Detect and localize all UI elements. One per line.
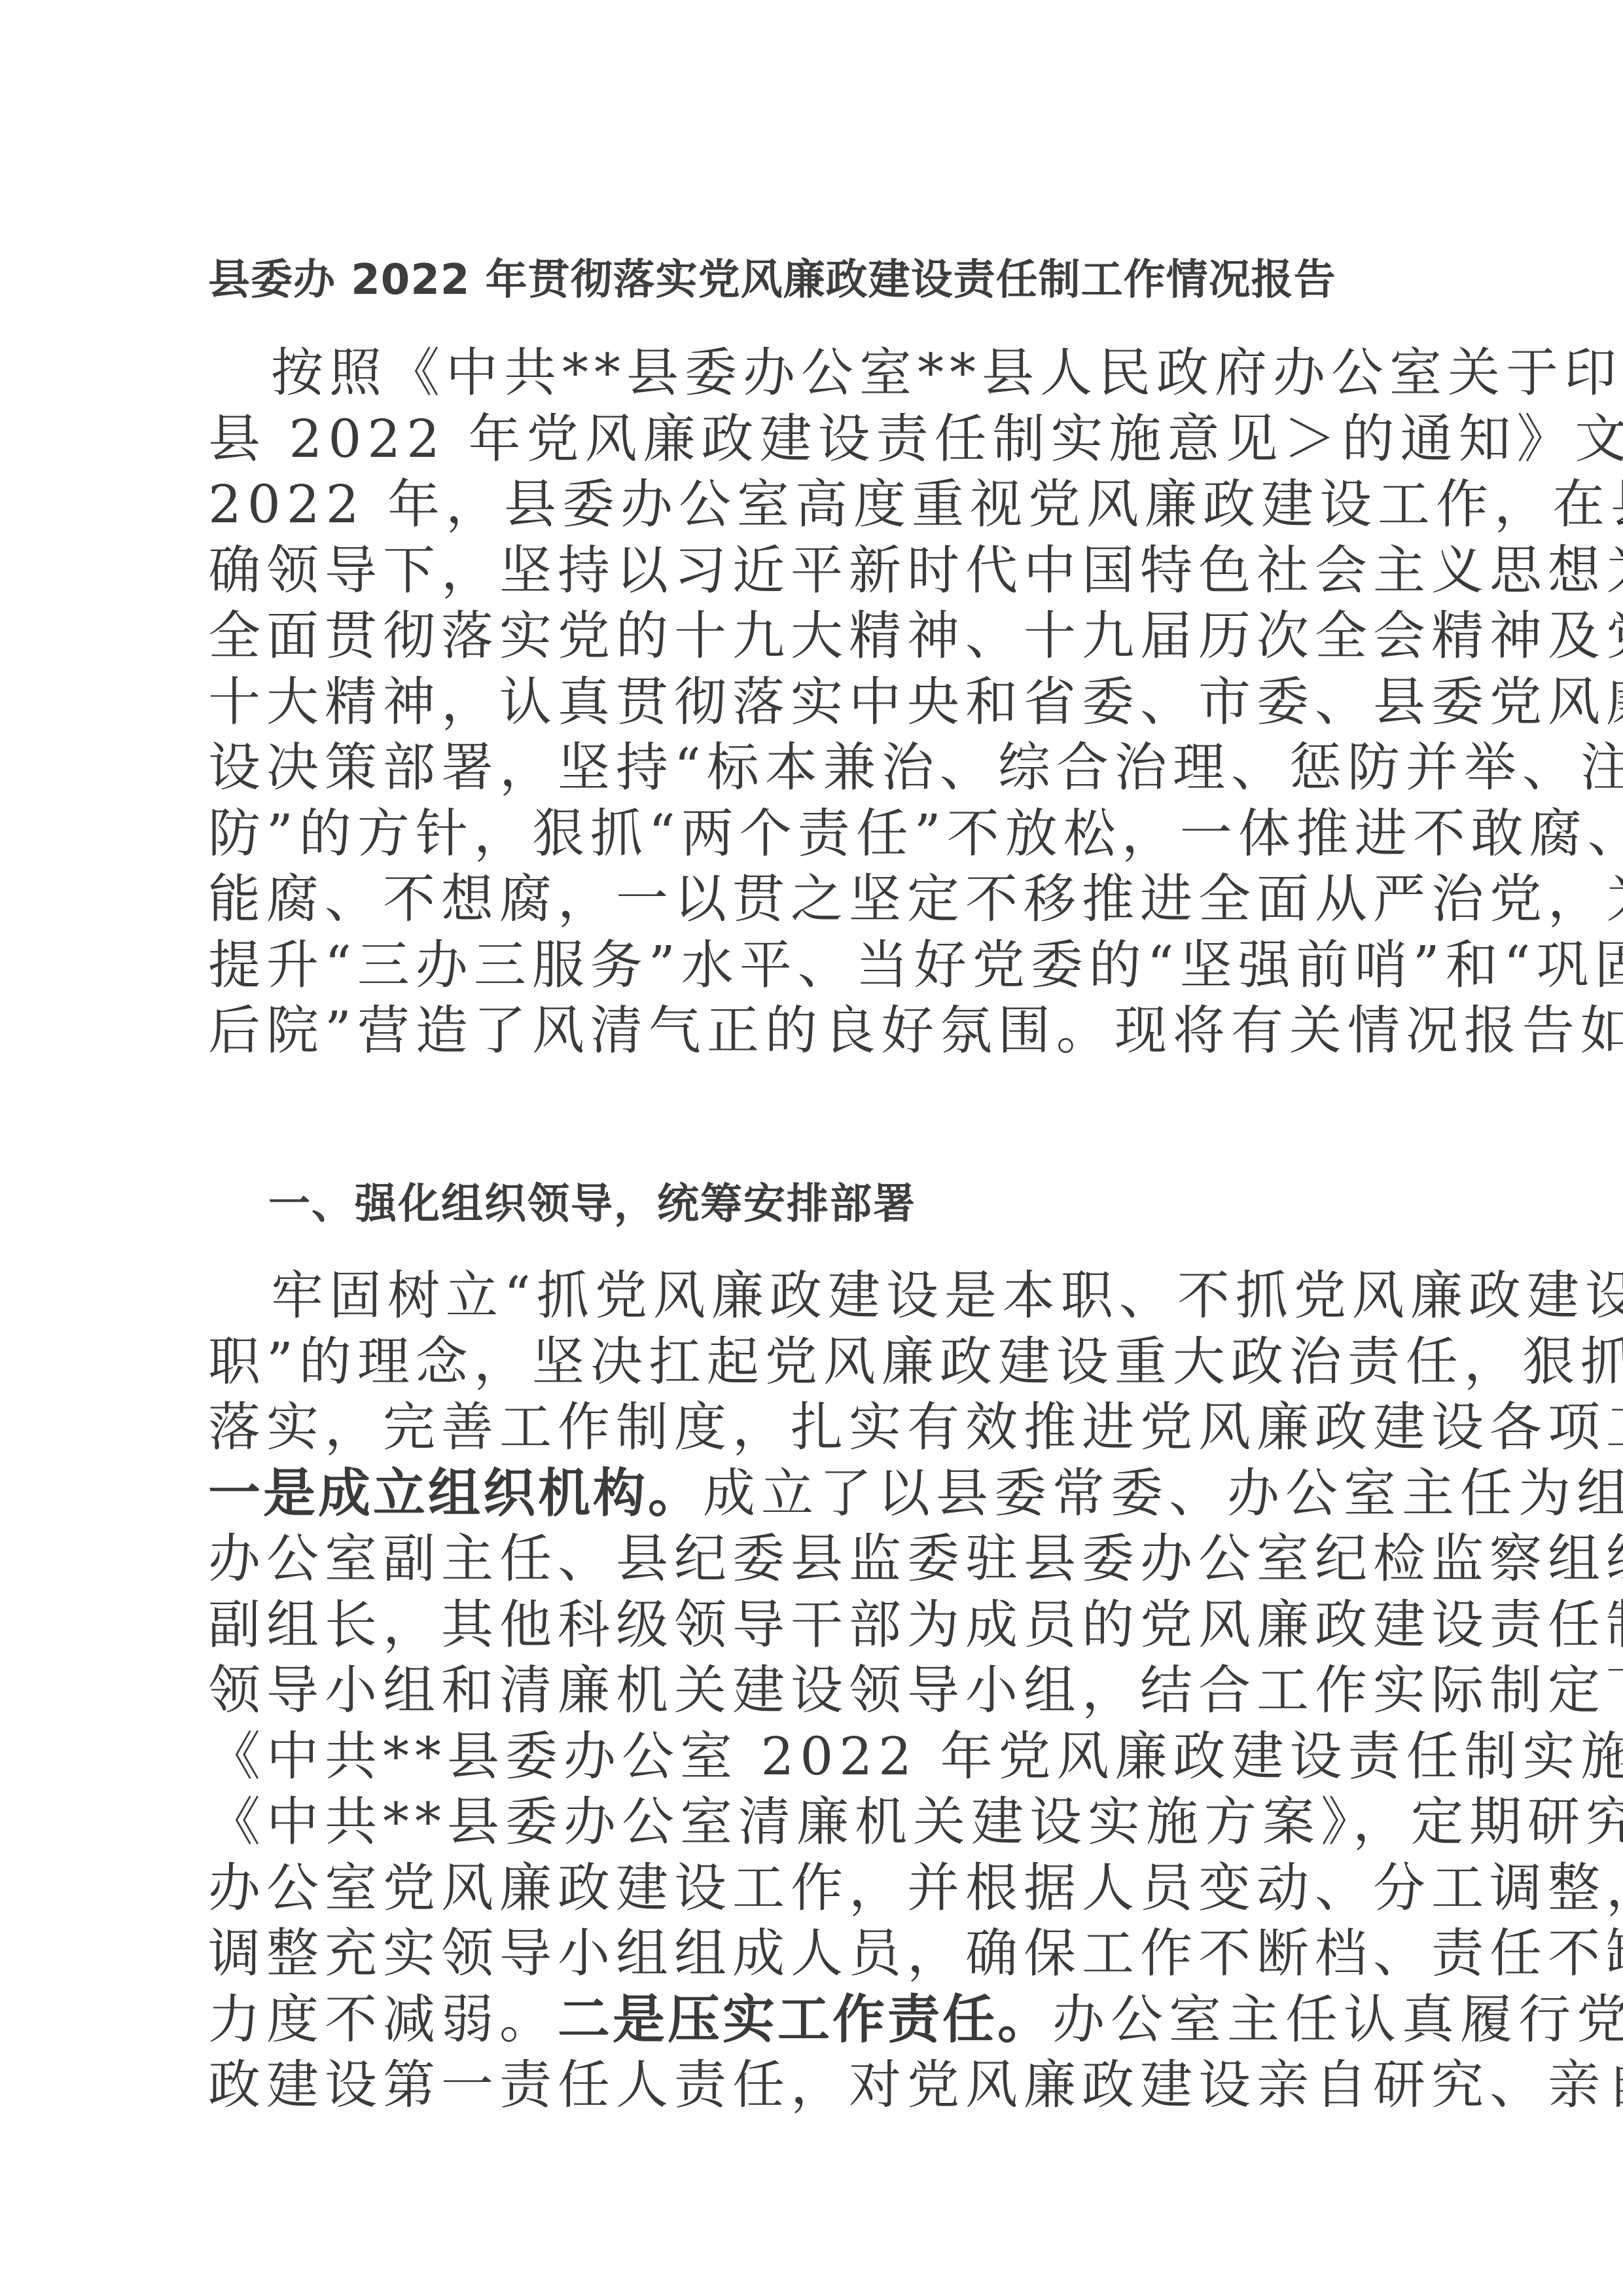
text-segment: 成立了以县委常委、办公室主任为组长，	[703, 1463, 1623, 1524]
paragraph-line: 领导小组和清廉机关建设领导小组，结合工作实际制定下发了	[208, 1658, 1427, 1724]
text-segment: 副组长，其他科级领导干部为成员的党风廉政建设责任制工作	[208, 1594, 1623, 1655]
paragraph-line: 设决策部署，坚持“标本兼治、综合治理、惩防并举、注重预	[208, 735, 1427, 801]
paragraph-line: 调整充实领导小组组成人员，确保工作不断档、责任不缺位、	[208, 1921, 1427, 1987]
paragraph-line: 办公室副主任、县纪委县监委驻县委办公室纪检监察组组长为	[208, 1526, 1427, 1592]
paragraph-line: 《中共**县委办公室 2022 年党风廉政建设责任制实施方案》和	[208, 1724, 1427, 1790]
paragraph-line: 全面贯彻落实党的十九大精神、十九届历次全会精神及党的二	[208, 603, 1427, 670]
text-segment: 《中共**县委办公室清廉机关建设实施方案》，定期研究部署	[208, 1791, 1623, 1852]
paragraph-line: 能腐、不想腐，一以贯之坚定不移推进全面从严治党，为不断	[208, 867, 1427, 933]
section-heading: 一、强化组织领导，统筹安排部署	[268, 1172, 916, 1237]
paragraph-line: 办公室党风廉政建设工作，并根据人员变动、分工调整，及时	[208, 1856, 1427, 1922]
text-segment: 职”的理念，坚决扛起党风廉政建设重大政治责任，狠抓责任	[208, 1331, 1623, 1392]
paragraph-line: 后院”营造了风清气正的良好氛围。现将有关情况报告如下：	[208, 998, 1427, 1064]
paragraph-line: 政建设第一责任人责任，对党风廉政建设亲自研究、亲自部署、	[208, 2053, 1427, 2119]
text-segment: 政建设第一责任人责任，对党风廉政建设亲自研究、亲自部署、	[208, 2054, 1623, 2115]
text-segment: 调整充实领导小组组成人员，确保工作不断档、责任不缺位、	[208, 1923, 1623, 1984]
text-segment: 领导小组和清廉机关建设领导小组，结合工作实际制定下发了	[208, 1660, 1623, 1721]
paragraph-line: 一是成立组织机构。成立了以县委常委、办公室主任为组长，	[208, 1461, 1427, 1527]
paragraph-line: 提升“三办三服务”水平、当好党委的“坚强前哨”和“巩固	[208, 933, 1427, 999]
text-segment: 落实，完善工作制度，扎实有效推进党风廉政建设各项工作。	[208, 1397, 1623, 1458]
section-paragraph: 牢固树立“抓党风廉政建设是本职、不抓党风廉政建设是失职”的理念，坚决扛起党风廉政…	[208, 1263, 1427, 2119]
paragraph-line: 确领导下，坚持以习近平新时代中国特色社会主义思想为指导，	[208, 538, 1427, 604]
text-segment: 办公室副主任、县纪委县监委驻县委办公室纪检监察组组长为	[208, 1528, 1623, 1589]
text-segment: 《中共**县委办公室 2022 年党风廉政建设责任制实施方案》和	[208, 1726, 1623, 1787]
paragraph-line: 防”的方针，狠抓“两个责任”不放松，一体推进不敢腐、不	[208, 801, 1427, 867]
paragraph-line: 2022 年，县委办公室高度重视党风廉政建设工作，在县委的正	[208, 472, 1427, 538]
bold-lead-phrase: 一是成立组织机构。	[208, 1463, 703, 1524]
paragraph-line: 力度不减弱。二是压实工作责任。办公室主任认真履行党风廉	[208, 1987, 1427, 2053]
paragraph-line: 按照《中共**县委办公室**县人民政府办公室关于印发＜**	[208, 340, 1427, 406]
paragraph-line: 落实，完善工作制度，扎实有效推进党风廉政建设各项工作。	[208, 1395, 1427, 1461]
paragraph-line: 《中共**县委办公室清廉机关建设实施方案》，定期研究部署	[208, 1789, 1427, 1856]
text-segment: 牢固树立“抓党风廉政建设是本职、不抓党风廉政建设是失	[271, 1265, 1623, 1326]
bold-lead-phrase: 二是压实工作责任。	[558, 1989, 1052, 2050]
paragraph-line: 十大精神，认真贯彻落实中央和省委、市委、县委党风廉政建	[208, 670, 1427, 736]
text-segment: 办公室主任认真履行党风廉	[1052, 1989, 1623, 2050]
text-segment: 办公室党风廉政建设工作，并根据人员变动、分工调整，及时	[208, 1857, 1623, 1918]
paragraph-line: 副组长，其他科级领导干部为成员的党风廉政建设责任制工作	[208, 1592, 1427, 1659]
paragraph-line: 牢固树立“抓党风廉政建设是本职、不抓党风廉政建设是失	[208, 1263, 1427, 1329]
document-title: 县委办 2022 年贯彻落实党风廉政建设责任制工作情况报告	[208, 247, 1425, 313]
paragraph-line: 职”的理念，坚决扛起党风廉政建设重大政治责任，狠抓责任	[208, 1329, 1427, 1395]
text-segment: 力度不减弱。	[208, 1989, 558, 2050]
document-page: 县委办 2022 年贯彻落实党风廉政建设责任制工作情况报告 按照《中共**县委办…	[0, 0, 1623, 2296]
intro-paragraph: 按照《中共**县委办公室**县人民政府办公室关于印发＜** 县 2022 年党风…	[208, 340, 1427, 1064]
paragraph-line: 县 2022 年党风廉政建设责任制实施意见＞的通知》文件要求，	[208, 406, 1427, 473]
